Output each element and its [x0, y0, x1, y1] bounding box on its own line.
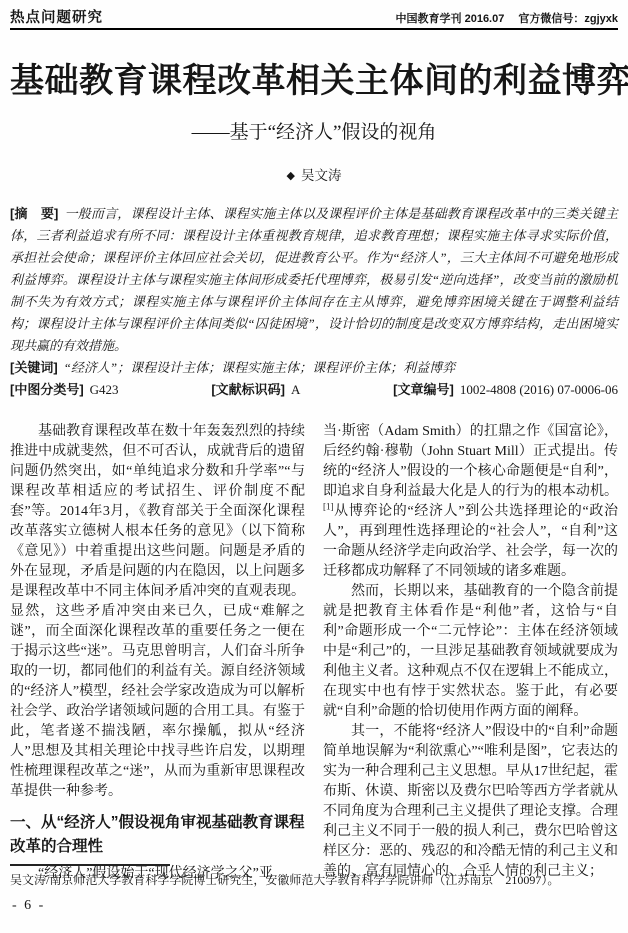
intro-paragraph: 基础教育课程改革在数十年轰轰烈烈的持续推进中成就斐然，但不可否认，成就背后的遗留…	[10, 422, 305, 802]
classification-line: [中图分类号]G423 [文献标识码]A [文章编号]1002-4808 (20…	[10, 379, 618, 401]
page-number: - 6 -	[12, 898, 45, 914]
article-page: 热点问题研究 中国教育学刊 2016.07 官方微信号：zgjyxk 基础教育课…	[0, 0, 628, 933]
body-columns: 基础教育课程改革在数十年轰轰烈烈的持续推进中成就斐然，但不可否认，成就背后的遗留…	[10, 422, 618, 884]
abstract-block: [摘 要]一般而言，课程设计主体、课程实施主体以及课程评价主体是基础教育课程改革…	[10, 203, 618, 401]
keywords-text: “经济人”；课程设计主体；课程实施主体；课程评价主体；利益博弈	[64, 360, 455, 375]
left-column: 基础教育课程改革在数十年轰轰烈烈的持续推进中成就斐然，但不可否认，成就背后的遗留…	[10, 422, 305, 884]
diamond-icon: ◆	[287, 170, 295, 182]
page-header: 热点问题研究 中国教育学刊 2016.07 官方微信号：zgjyxk	[10, 0, 618, 27]
clc-number: [中图分类号]G423	[10, 379, 119, 401]
keywords-label: [关键词]	[10, 360, 58, 375]
header-divider	[10, 28, 618, 30]
right-column: 当·斯密（Adam Smith）的扛鼎之作《国富论》，后经约翰·穆勒（John …	[323, 422, 618, 884]
column-section-label: 热点问题研究	[10, 6, 103, 27]
paragraph-rational-egoism: 其一，不能将“经济人”假设中的“自利”命题简单地误解为“利欲熏心”“唯利是图”，…	[323, 722, 618, 882]
section-heading-1: 一、从“经济人”假设视角审视基础教育课程改革的合理性	[10, 811, 305, 859]
journal-issue: 中国教育学刊 2016.07	[396, 10, 505, 26]
author-line: ◆吴文涛	[10, 164, 618, 184]
article-id: [文章编号]1002-4808 (2016) 07-0006-06	[393, 379, 618, 401]
author-name: 吴文涛	[301, 168, 342, 183]
wechat-id: 官方微信号：zgjyxk	[518, 10, 618, 26]
paragraph-erroneous-premise: 然而，长期以来，基础教育的一个隐含前提就是把教育主体看作是“利他”者，这恰与“自…	[323, 582, 618, 722]
document-code: [文献标识码]A	[211, 379, 300, 401]
keywords-line: [关键词]“经济人”；课程设计主体；课程实施主体；课程评价主体；利益博弈	[10, 357, 618, 379]
article-subtitle: ——基于“经济人”假设的视角	[10, 117, 618, 144]
abstract-text: 一般而言，课程设计主体、课程实施主体以及课程评价主体是基础教育课程改革中的三类关…	[10, 206, 618, 353]
section1-paragraph-continued: 当·斯密（Adam Smith）的扛鼎之作《国富论》，后经约翰·穆勒（John …	[323, 422, 618, 582]
journal-info: 中国教育学刊 2016.07 官方微信号：zgjyxk	[396, 10, 618, 27]
abstract-paragraph: [摘 要]一般而言，课程设计主体、课程实施主体以及课程评价主体是基础教育课程改革…	[10, 203, 618, 357]
citation-ref-1: [1]	[323, 502, 334, 512]
footnote-divider	[10, 864, 170, 866]
article-title: 基础教育课程改革相关主体间的利益博弈	[10, 60, 618, 104]
abstract-label: [摘 要]	[10, 206, 58, 221]
footnote-author-bio: 吴文涛/南京师范大学教育科学学院博士研究生，安徽师范大学教育科学学院讲师（江苏南…	[10, 872, 618, 888]
